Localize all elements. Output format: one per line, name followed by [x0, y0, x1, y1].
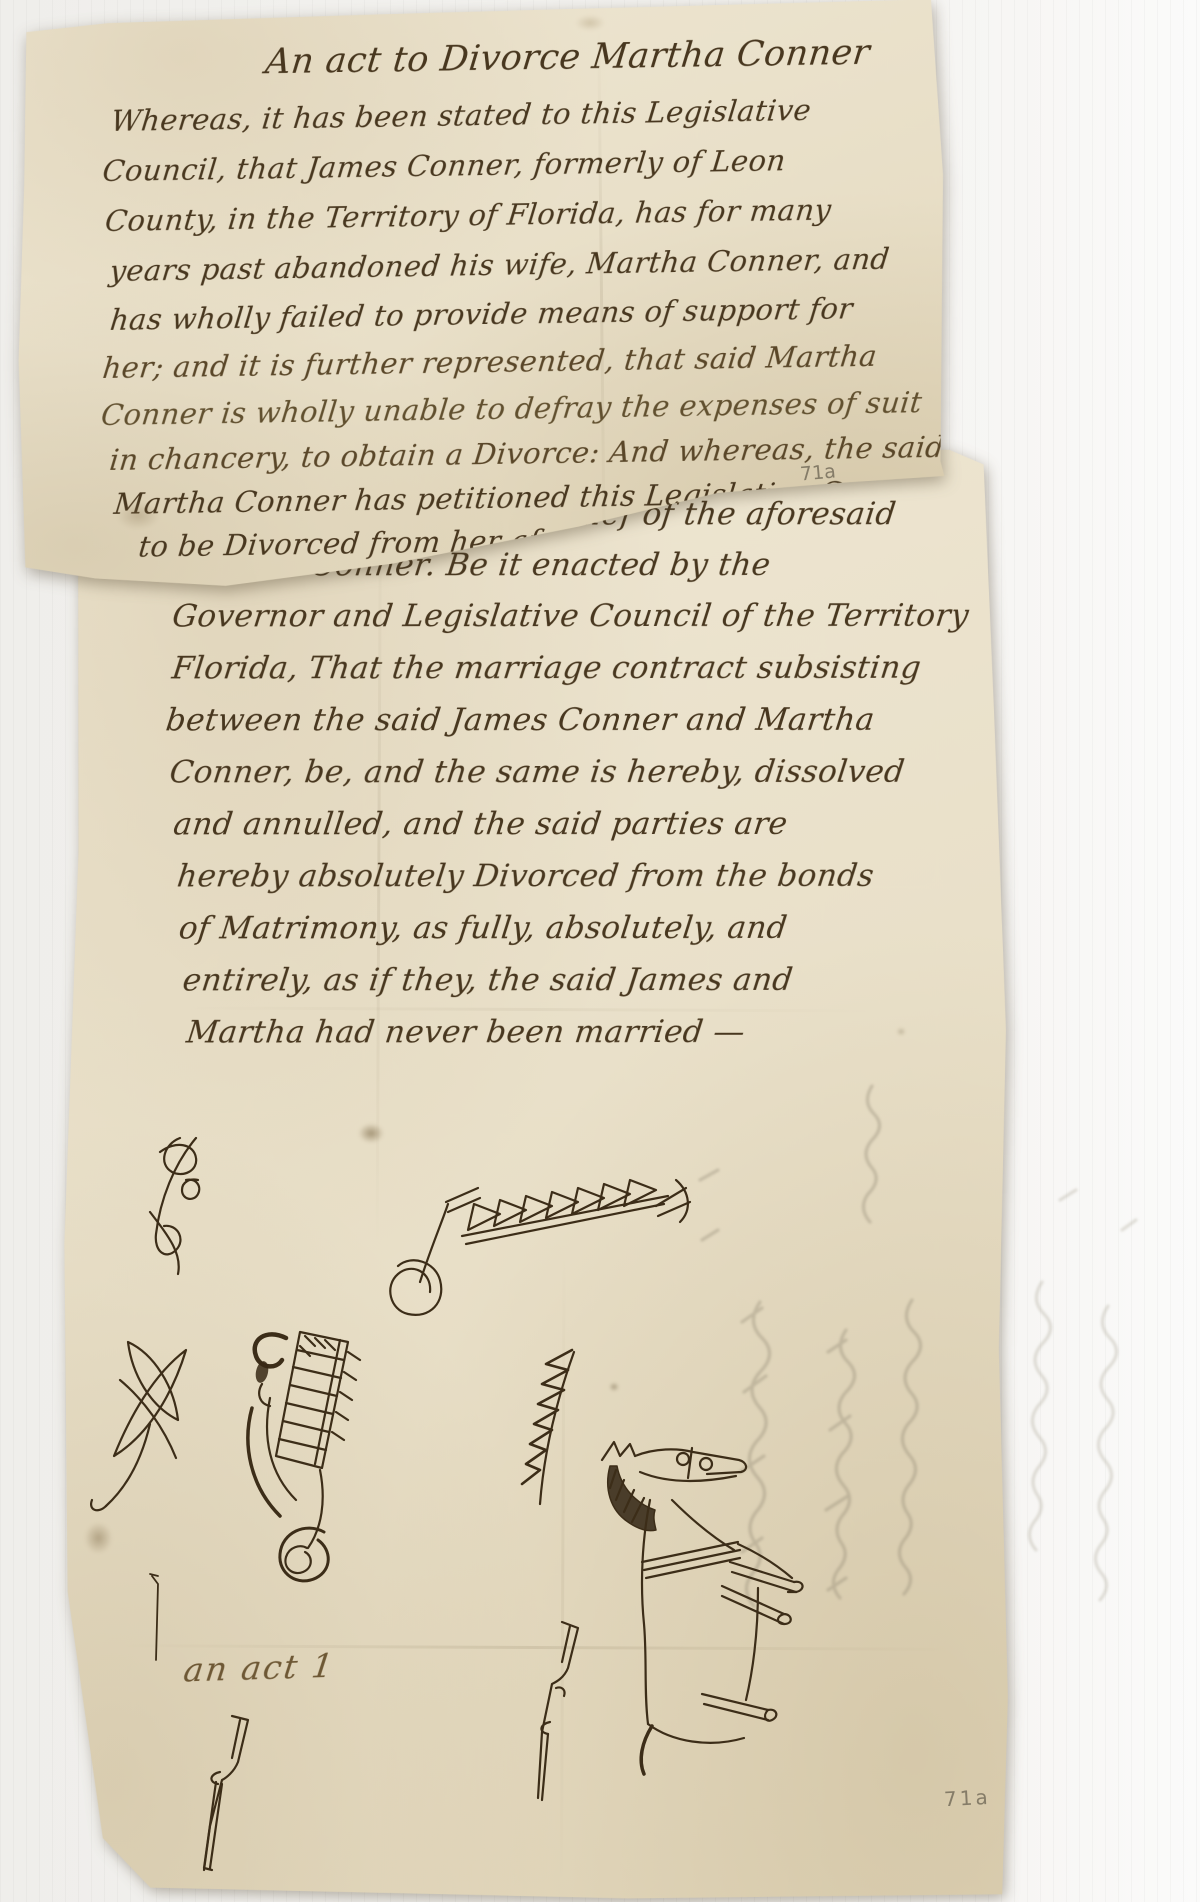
upper-sheet: An act to Divorce Martha Conner Whereas,…	[15, 0, 951, 594]
manuscript-line: Governor and Legislative Council of the …	[170, 598, 971, 635]
page-number-annotation-mid: 71a	[799, 460, 837, 485]
manuscript-line: years past abandoned his wife, Martha Co…	[108, 242, 891, 288]
manuscript-line: to be Divorced from her aforesaid husban…	[137, 519, 801, 563]
manuscript-line: Conner is wholly unable to defray the ex…	[99, 385, 923, 432]
ghost-writing-columns	[1029, 1190, 1136, 1600]
page-number-annotation-bottom: 71a	[943, 1785, 991, 1811]
manuscript-line: Florida, That the marriage contract subs…	[170, 650, 923, 687]
manuscript-scan: Therefore, for the relief of the aforesa…	[0, 0, 1200, 1902]
manuscript-line: has wholly failed to provide means of su…	[108, 291, 854, 337]
upper-sheet-paper: An act to Divorce Martha Conner Whereas,…	[15, 0, 951, 594]
lower-sheet: Therefore, for the relief of the aforesa…	[55, 446, 1016, 1900]
manuscript-line: between the said James Conner and Martha	[164, 702, 877, 739]
manuscript-title: An act to Divorce Martha Conner	[263, 33, 872, 83]
manuscript-line: her; and it is further represented, that…	[101, 339, 879, 385]
manuscript-line: and annulled, and the said parties are	[171, 806, 789, 843]
manuscript-line: of Matrimony, as fully, absolutely, and	[177, 910, 789, 947]
lower-sheet-paper: Therefore, for the relief of the aforesa…	[55, 446, 1016, 1900]
manuscript-line: entirely, as if they, the said James and	[181, 962, 795, 999]
manuscript-line: Conner, be, and the same is hereby, diss…	[168, 754, 907, 791]
manuscript-line: Whereas, it has been stated to this Legi…	[109, 93, 813, 138]
manuscript-line: Martha had never been married —	[184, 1014, 747, 1050]
manuscript-line: Council, that James Conner, formerly of …	[101, 143, 788, 188]
caption-an-act: an act 1	[181, 1646, 337, 1690]
manuscript-line: County, in the Territory of Florida, has…	[103, 193, 833, 238]
manuscript-line: hereby absolutely Divorced from the bond…	[175, 858, 876, 895]
